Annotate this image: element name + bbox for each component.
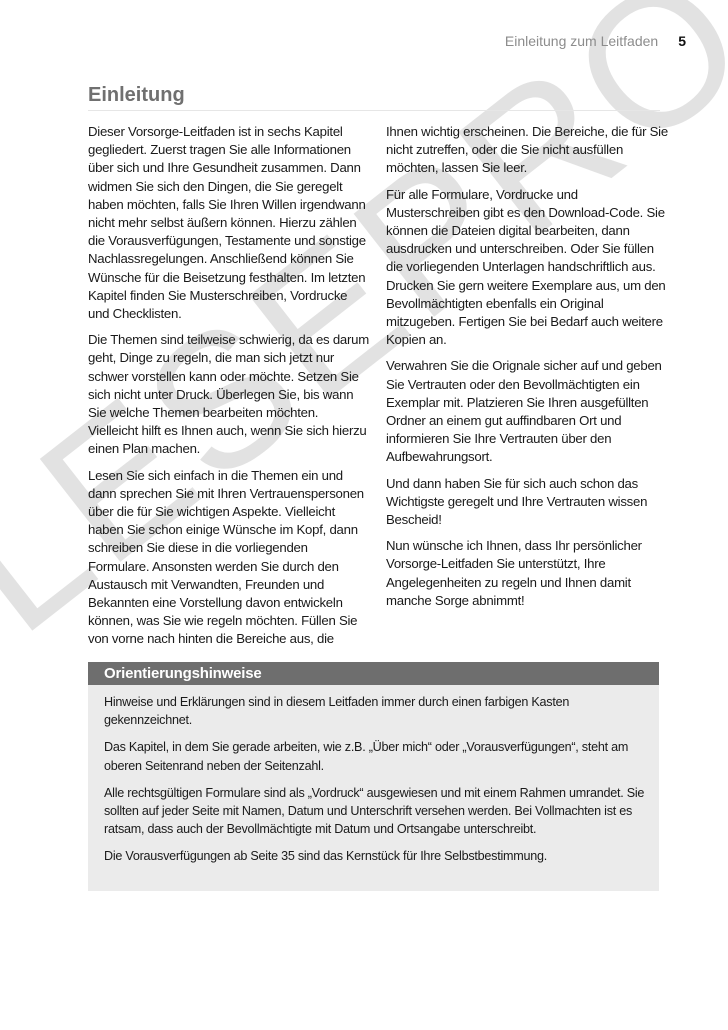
paragraph: Lesen Sie sich einfach in die Themen ein… [88, 467, 370, 649]
page-title: Einleitung [88, 84, 660, 107]
paragraph: Nun wünsche ich Ihnen, dass Ihr persönli… [386, 537, 668, 610]
info-paragraph: Das Kapitel, in dem Sie gerade arbeiten,… [104, 738, 645, 774]
paragraph: Und dann haben Sie für sich auch schon d… [386, 475, 668, 530]
paragraph: Dieser Vorsorge-Leitfaden ist in sechs K… [88, 123, 370, 323]
title-section: Einleitung [88, 84, 660, 111]
paragraph: Für alle Formulare, Vordrucke und Muster… [386, 186, 668, 350]
running-head: Einleitung zum Leitfaden 5 [505, 33, 686, 49]
right-column: Ihnen wichtig erscheinen. Die Bereiche, … [386, 123, 668, 618]
info-paragraph: Die Vorausverfügungen ab Seite 35 sind d… [104, 847, 645, 865]
info-paragraph: Alle rechtsgültigen Formulare sind als „… [104, 784, 645, 839]
paragraph: Ihnen wichtig erscheinen. Die Bereiche, … [386, 123, 668, 178]
info-paragraph: Hinweise und Erklärungen sind in diesem … [104, 693, 645, 729]
paragraph: Die Themen sind teilweise schwierig, da … [88, 331, 370, 458]
info-box-heading: Orientierungshinweise [88, 662, 659, 685]
page-number: 5 [678, 33, 686, 49]
left-column: Dieser Vorsorge-Leitfaden ist in sechs K… [88, 123, 370, 657]
info-box: Orientierungshinweise Hinweise und Erklä… [88, 662, 659, 891]
info-box-body: Hinweise und Erklärungen sind in diesem … [88, 685, 659, 866]
paragraph: Verwahren Sie die Orignale sicher auf un… [386, 357, 668, 466]
chapter-label: Einleitung zum Leitfaden [505, 33, 658, 49]
